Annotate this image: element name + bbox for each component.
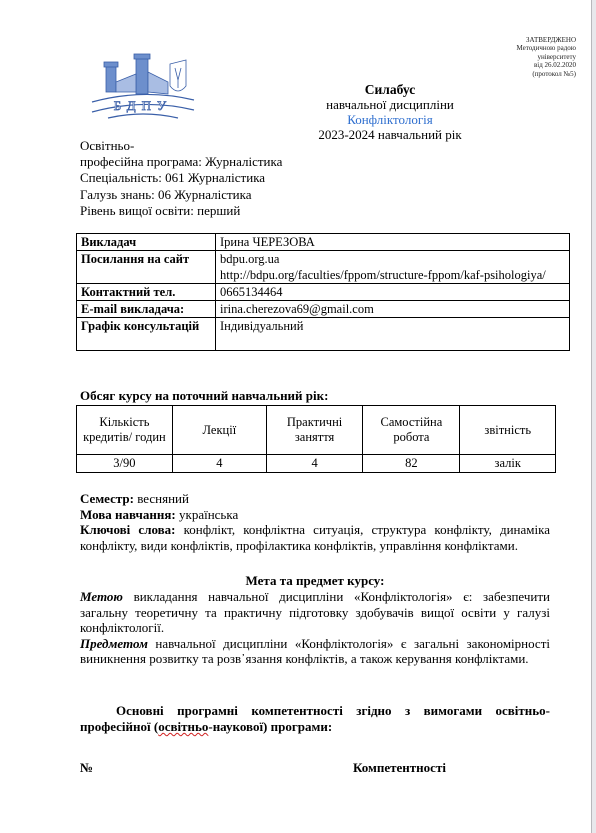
syllabus-title-block: Силабус навчальної дисципліни Конфліктол… <box>290 82 490 142</box>
table-row: E-mail викладача: irina.cherezova69@gmai… <box>77 301 570 318</box>
spellcheck-underlined-word: освітньо <box>158 719 208 734</box>
column-number-header: № <box>80 760 93 776</box>
course-meta: Семестр: весняний Мова навчання: українс… <box>80 491 550 553</box>
value-lectures: 4 <box>172 455 266 473</box>
approval-line: Методичною радою <box>480 44 576 52</box>
competences-title: Основні програмні компетентності згідно … <box>80 703 550 735</box>
teacher-info-table: Викладач Ірина ЧЕРЕЗОВА Посилання на сай… <box>76 233 570 351</box>
phone-value: 0665134464 <box>216 284 570 301</box>
program-info: Освітньо- професійна програма: Журналіст… <box>80 138 340 219</box>
site-label: Посилання на сайт <box>77 251 216 284</box>
course-volume-table: Кількість кредитів/ годин Лекції Практич… <box>76 405 556 473</box>
table-row: 3/90 4 4 82 залік <box>77 455 556 473</box>
value-practical: 4 <box>266 455 362 473</box>
site-value: bdpu.org.ua http://bdpu.org/faculties/fp… <box>216 251 570 284</box>
approval-line: (протокол №5) <box>480 70 576 78</box>
table-header-row: Кількість кредитів/ годин Лекції Практич… <box>77 406 556 455</box>
goal-title: Мета та предмет курсу: <box>80 573 550 589</box>
subject-label: Предметом <box>80 636 148 651</box>
value-self-study: 82 <box>363 455 460 473</box>
approval-stamp: ЗАТВЕРДЖЕНО Методичною радою університет… <box>480 36 576 78</box>
header-lectures: Лекції <box>172 406 266 455</box>
document-page: ЗАТВЕРДЖЕНО Методичною радою університет… <box>0 0 591 833</box>
aim-paragraph: Метою викладання навчальної дисципліни «… <box>80 589 550 636</box>
value-reporting: залік <box>460 455 556 473</box>
email-value[interactable]: irina.cherezova69@gmail.com <box>216 301 570 318</box>
value-credits: 3/90 <box>77 455 173 473</box>
specialty: Спеціальність: 061 Журналістика <box>80 170 340 186</box>
subject-paragraph: Предметом навчальної дисципліни «Конфлік… <box>80 636 550 667</box>
table-row: Викладач Ірина ЧЕРЕЗОВА <box>77 234 570 251</box>
language-value: українська <box>179 507 238 522</box>
teacher-label: Викладач <box>77 234 216 251</box>
goal-section: Метою викладання навчальної дисципліни «… <box>80 589 550 667</box>
table-row: Контактний тел. 0665134464 <box>77 284 570 301</box>
semester-value: весняний <box>137 491 189 506</box>
table-row: Посилання на сайт bdpu.org.ua http://bdp… <box>77 251 570 284</box>
header-credits: Кількість кредитів/ годин <box>77 406 173 455</box>
course-name: Конфліктологія <box>290 112 490 127</box>
syllabus-subtitle: навчальної дисципліни <box>290 97 490 112</box>
header-self-study: Самостійна робота <box>363 406 460 455</box>
program-line-2: професійна програма: Журналістика <box>80 154 340 170</box>
aim-text: викладання навчальної дисципліни «Конфлі… <box>80 589 550 635</box>
volume-title: Обсяг курсу на поточний навчальний рік: <box>80 388 328 404</box>
university-logo-icon: БДПУ <box>88 52 198 124</box>
phone-label: Контактний тел. <box>77 284 216 301</box>
header-practical: Практичні заняття <box>266 406 362 455</box>
program-line-1: Освітньо- <box>80 138 340 154</box>
semester-line: Семестр: весняний <box>80 491 550 507</box>
syllabus-title: Силабус <box>290 82 490 97</box>
knowledge-field: Галузь знань: 06 Журналістика <box>80 187 340 203</box>
keywords-label: Ключові слова: <box>80 522 176 537</box>
approval-line: ЗАТВЕРДЖЕНО <box>480 36 576 44</box>
table-row: Графік консультацій Індивідуальний <box>77 318 570 351</box>
language-line: Мова навчання: українська <box>80 507 550 523</box>
teacher-value: Ірина ЧЕРЕЗОВА <box>216 234 570 251</box>
email-label: E-mail викладача: <box>77 301 216 318</box>
approval-line: університету <box>480 53 576 61</box>
schedule-label: Графік консультацій <box>77 318 216 351</box>
viewer-right-gutter <box>591 0 596 833</box>
header-reporting: звітність <box>460 406 556 455</box>
approval-line: від 26.02.2020 <box>480 61 576 69</box>
education-level: Рівень вищої освіти: перший <box>80 203 340 219</box>
schedule-value: Індивідуальний <box>216 318 570 351</box>
site-link-short[interactable]: bdpu.org.ua <box>220 251 565 267</box>
subject-text: навчальної дисципліни «Конфліктологія» є… <box>80 636 550 667</box>
language-label: Мова навчання: <box>80 507 176 522</box>
aim-label: Метою <box>80 589 123 604</box>
column-competences-header: Компетентності <box>353 760 446 776</box>
site-link-full[interactable]: http://bdpu.org/faculties/fppom/structur… <box>220 267 560 283</box>
competences-title-part2: -наукової) програми: <box>208 719 332 734</box>
semester-label: Семестр: <box>80 491 134 506</box>
keywords-line: Ключові слова: конфлікт, конфліктна ситу… <box>80 522 550 553</box>
logo-letters: БДПУ <box>114 98 172 113</box>
